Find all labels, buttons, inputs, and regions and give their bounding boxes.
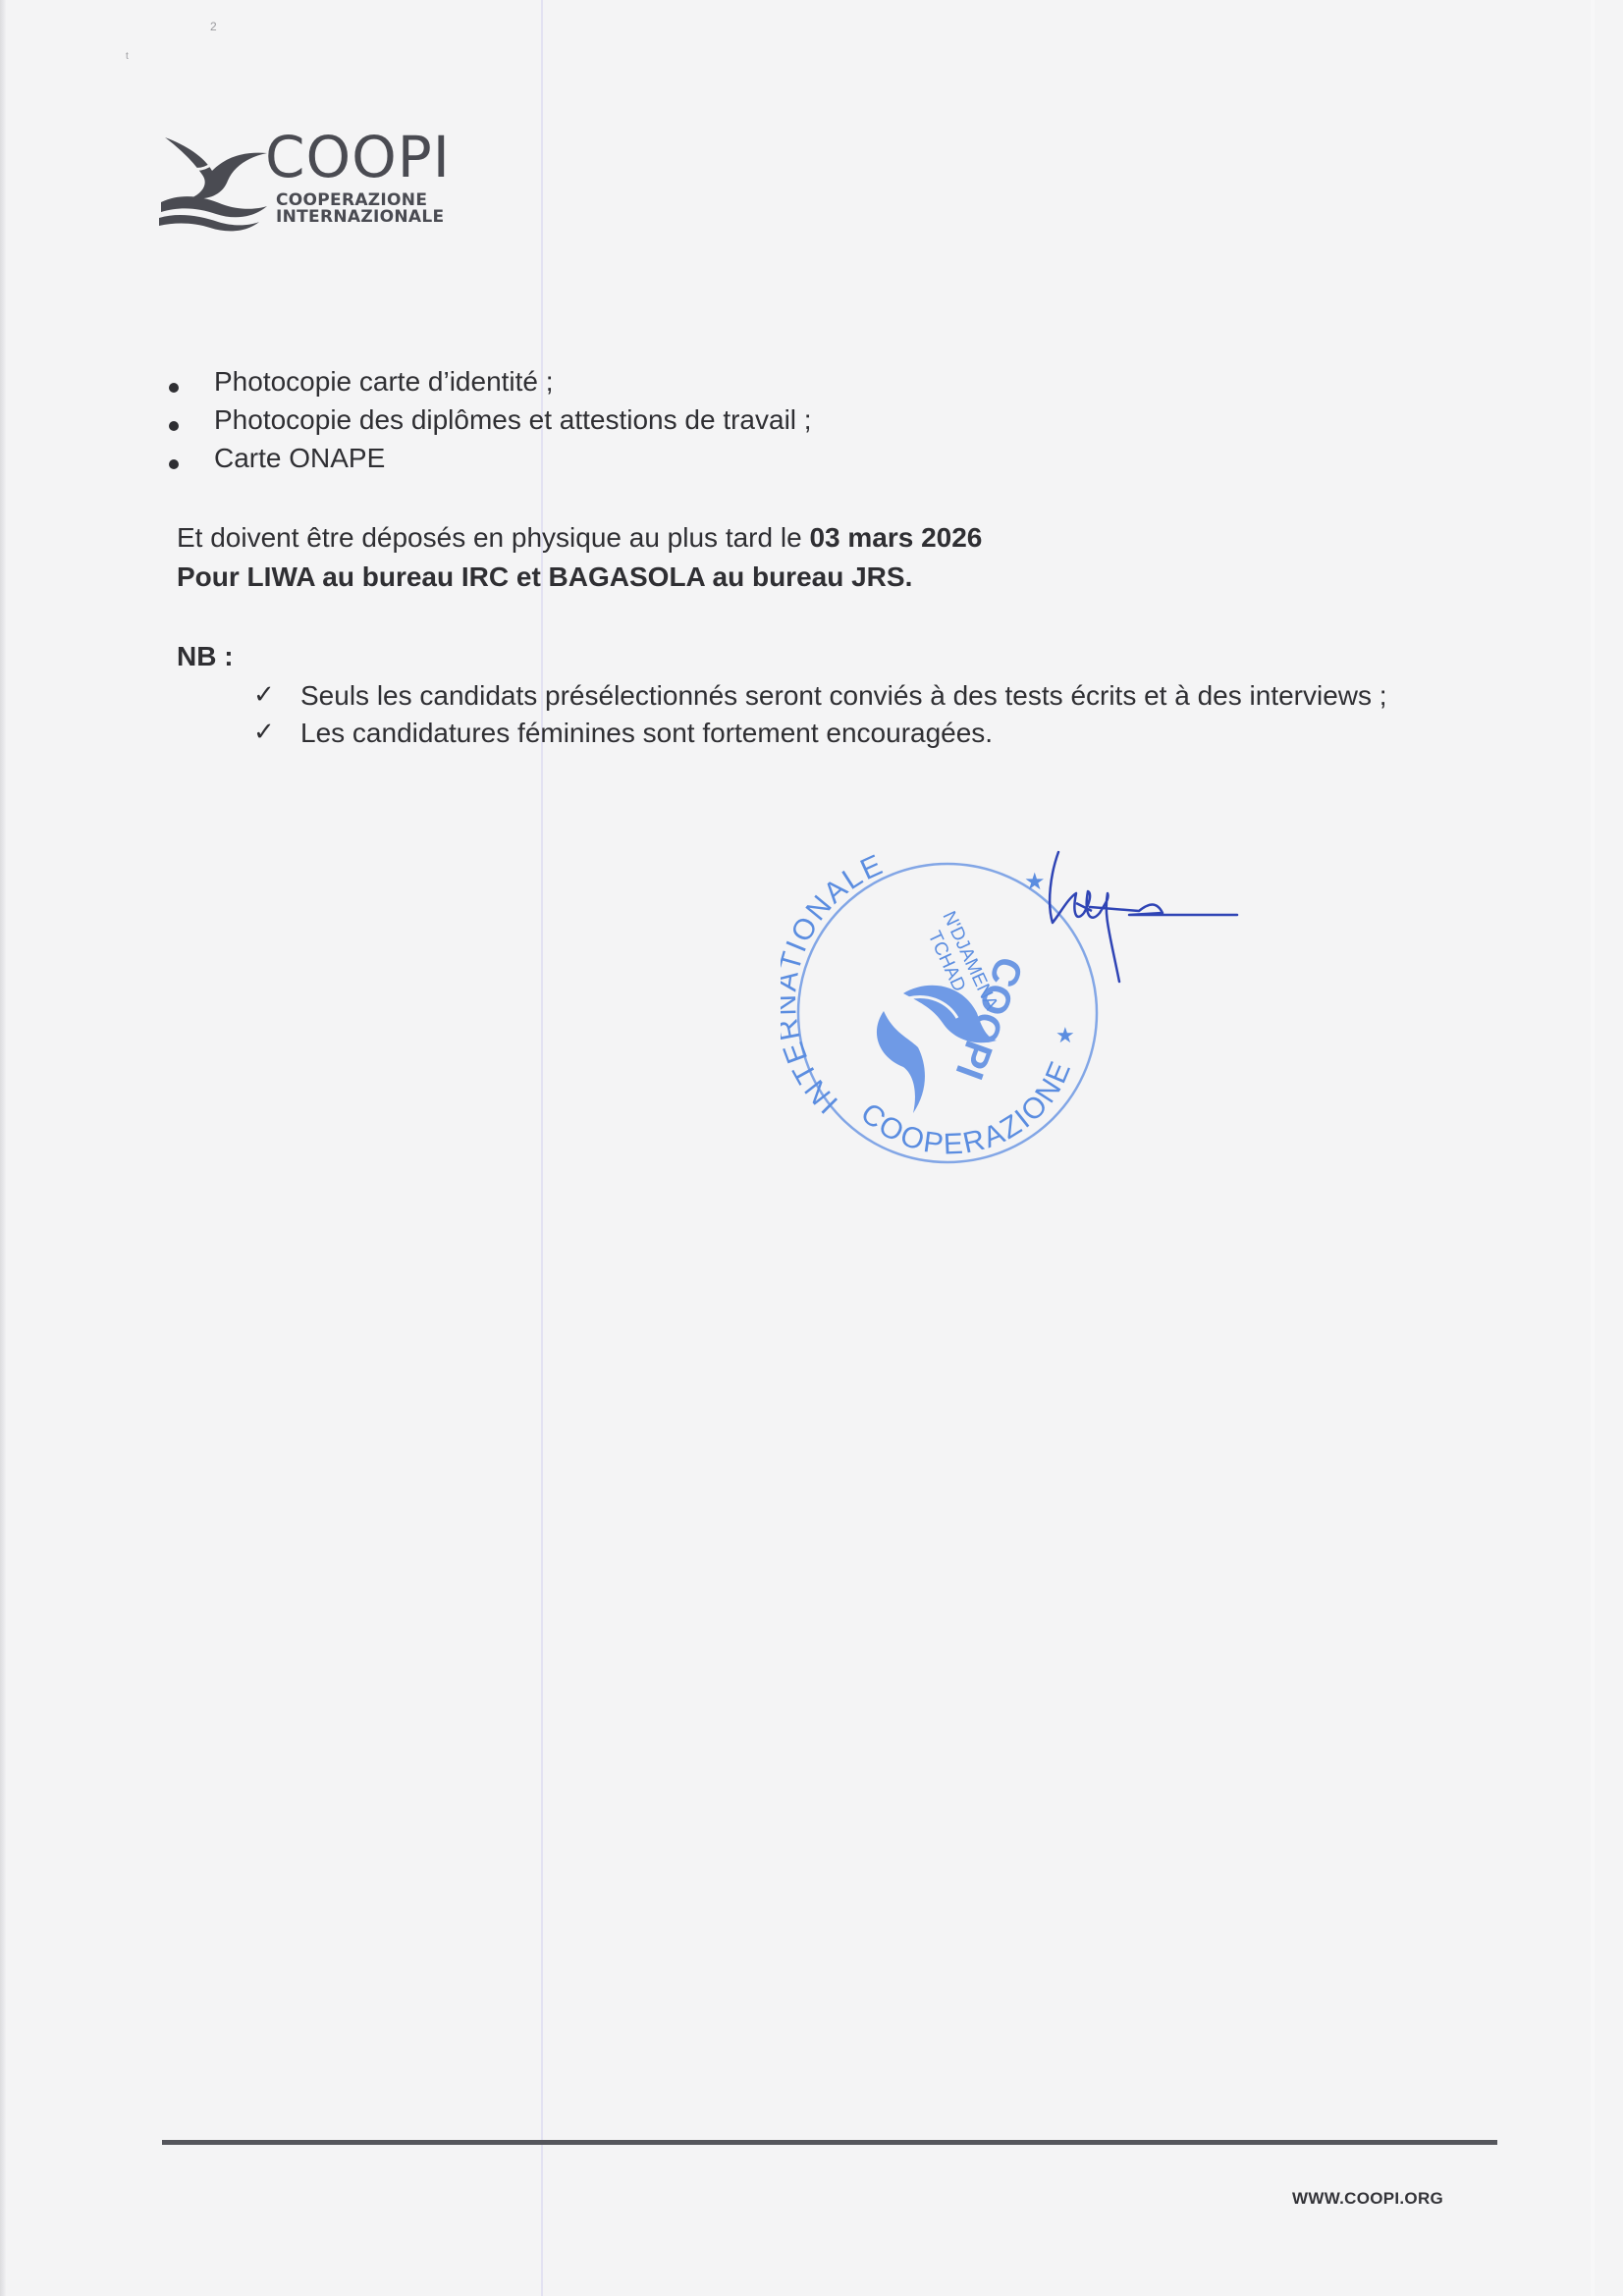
coopi-bird-icon bbox=[157, 128, 275, 236]
footer-website-link[interactable]: WWW.COOPI.ORG bbox=[1292, 2189, 1443, 2209]
check-icon: ✓ bbox=[253, 679, 275, 710]
list-item-text: Photocopie carte d’identité ; bbox=[214, 365, 554, 399]
bullet-icon bbox=[169, 421, 179, 431]
scan-page-edge-right bbox=[1591, 0, 1595, 2296]
scan-page-edge bbox=[0, 0, 6, 2296]
star-icon: ★ bbox=[1055, 1023, 1075, 1047]
svg-text:INTERNATIONALE: INTERNATIONALE bbox=[781, 848, 889, 1119]
deposit-deadline-line: Et doivent être déposés en physique au p… bbox=[177, 521, 982, 555]
deposit-prefix: Et doivent être déposés en physique au p… bbox=[177, 522, 809, 553]
footer-divider bbox=[162, 2140, 1497, 2145]
nb-item-text: Les candidatures féminines sont fortemen… bbox=[300, 717, 993, 750]
nb-item-text: Seuls les candidats présélectionnés sero… bbox=[300, 679, 1387, 713]
check-icon: ✓ bbox=[253, 717, 275, 747]
bullet-icon bbox=[169, 383, 179, 393]
scan-mark: 2 bbox=[210, 20, 217, 33]
signature bbox=[982, 844, 1267, 1001]
coopi-logo: COOPI COOPERAZIONE INTERNAZIONALE bbox=[157, 128, 481, 236]
deadline-date: 03 mars 2026 bbox=[809, 522, 982, 553]
nb-label: NB : bbox=[177, 640, 234, 673]
logo-subtitle-line2: INTERNAZIONALE bbox=[276, 207, 444, 227]
scan-fold-line bbox=[541, 0, 543, 2296]
list-item-text: Carte ONAPE bbox=[214, 442, 385, 475]
stamp-text-international: INTERNATIONALE bbox=[781, 848, 889, 1119]
deposit-location-line: Pour LIWA au bureau IRC et BAGASOLA au b… bbox=[177, 561, 912, 594]
bullet-icon bbox=[169, 459, 179, 469]
logo-wordmark: COOPI bbox=[265, 124, 451, 190]
list-item-text: Photocopie des diplômes et attestions de… bbox=[214, 403, 812, 437]
scan-mark: t bbox=[126, 51, 129, 62]
